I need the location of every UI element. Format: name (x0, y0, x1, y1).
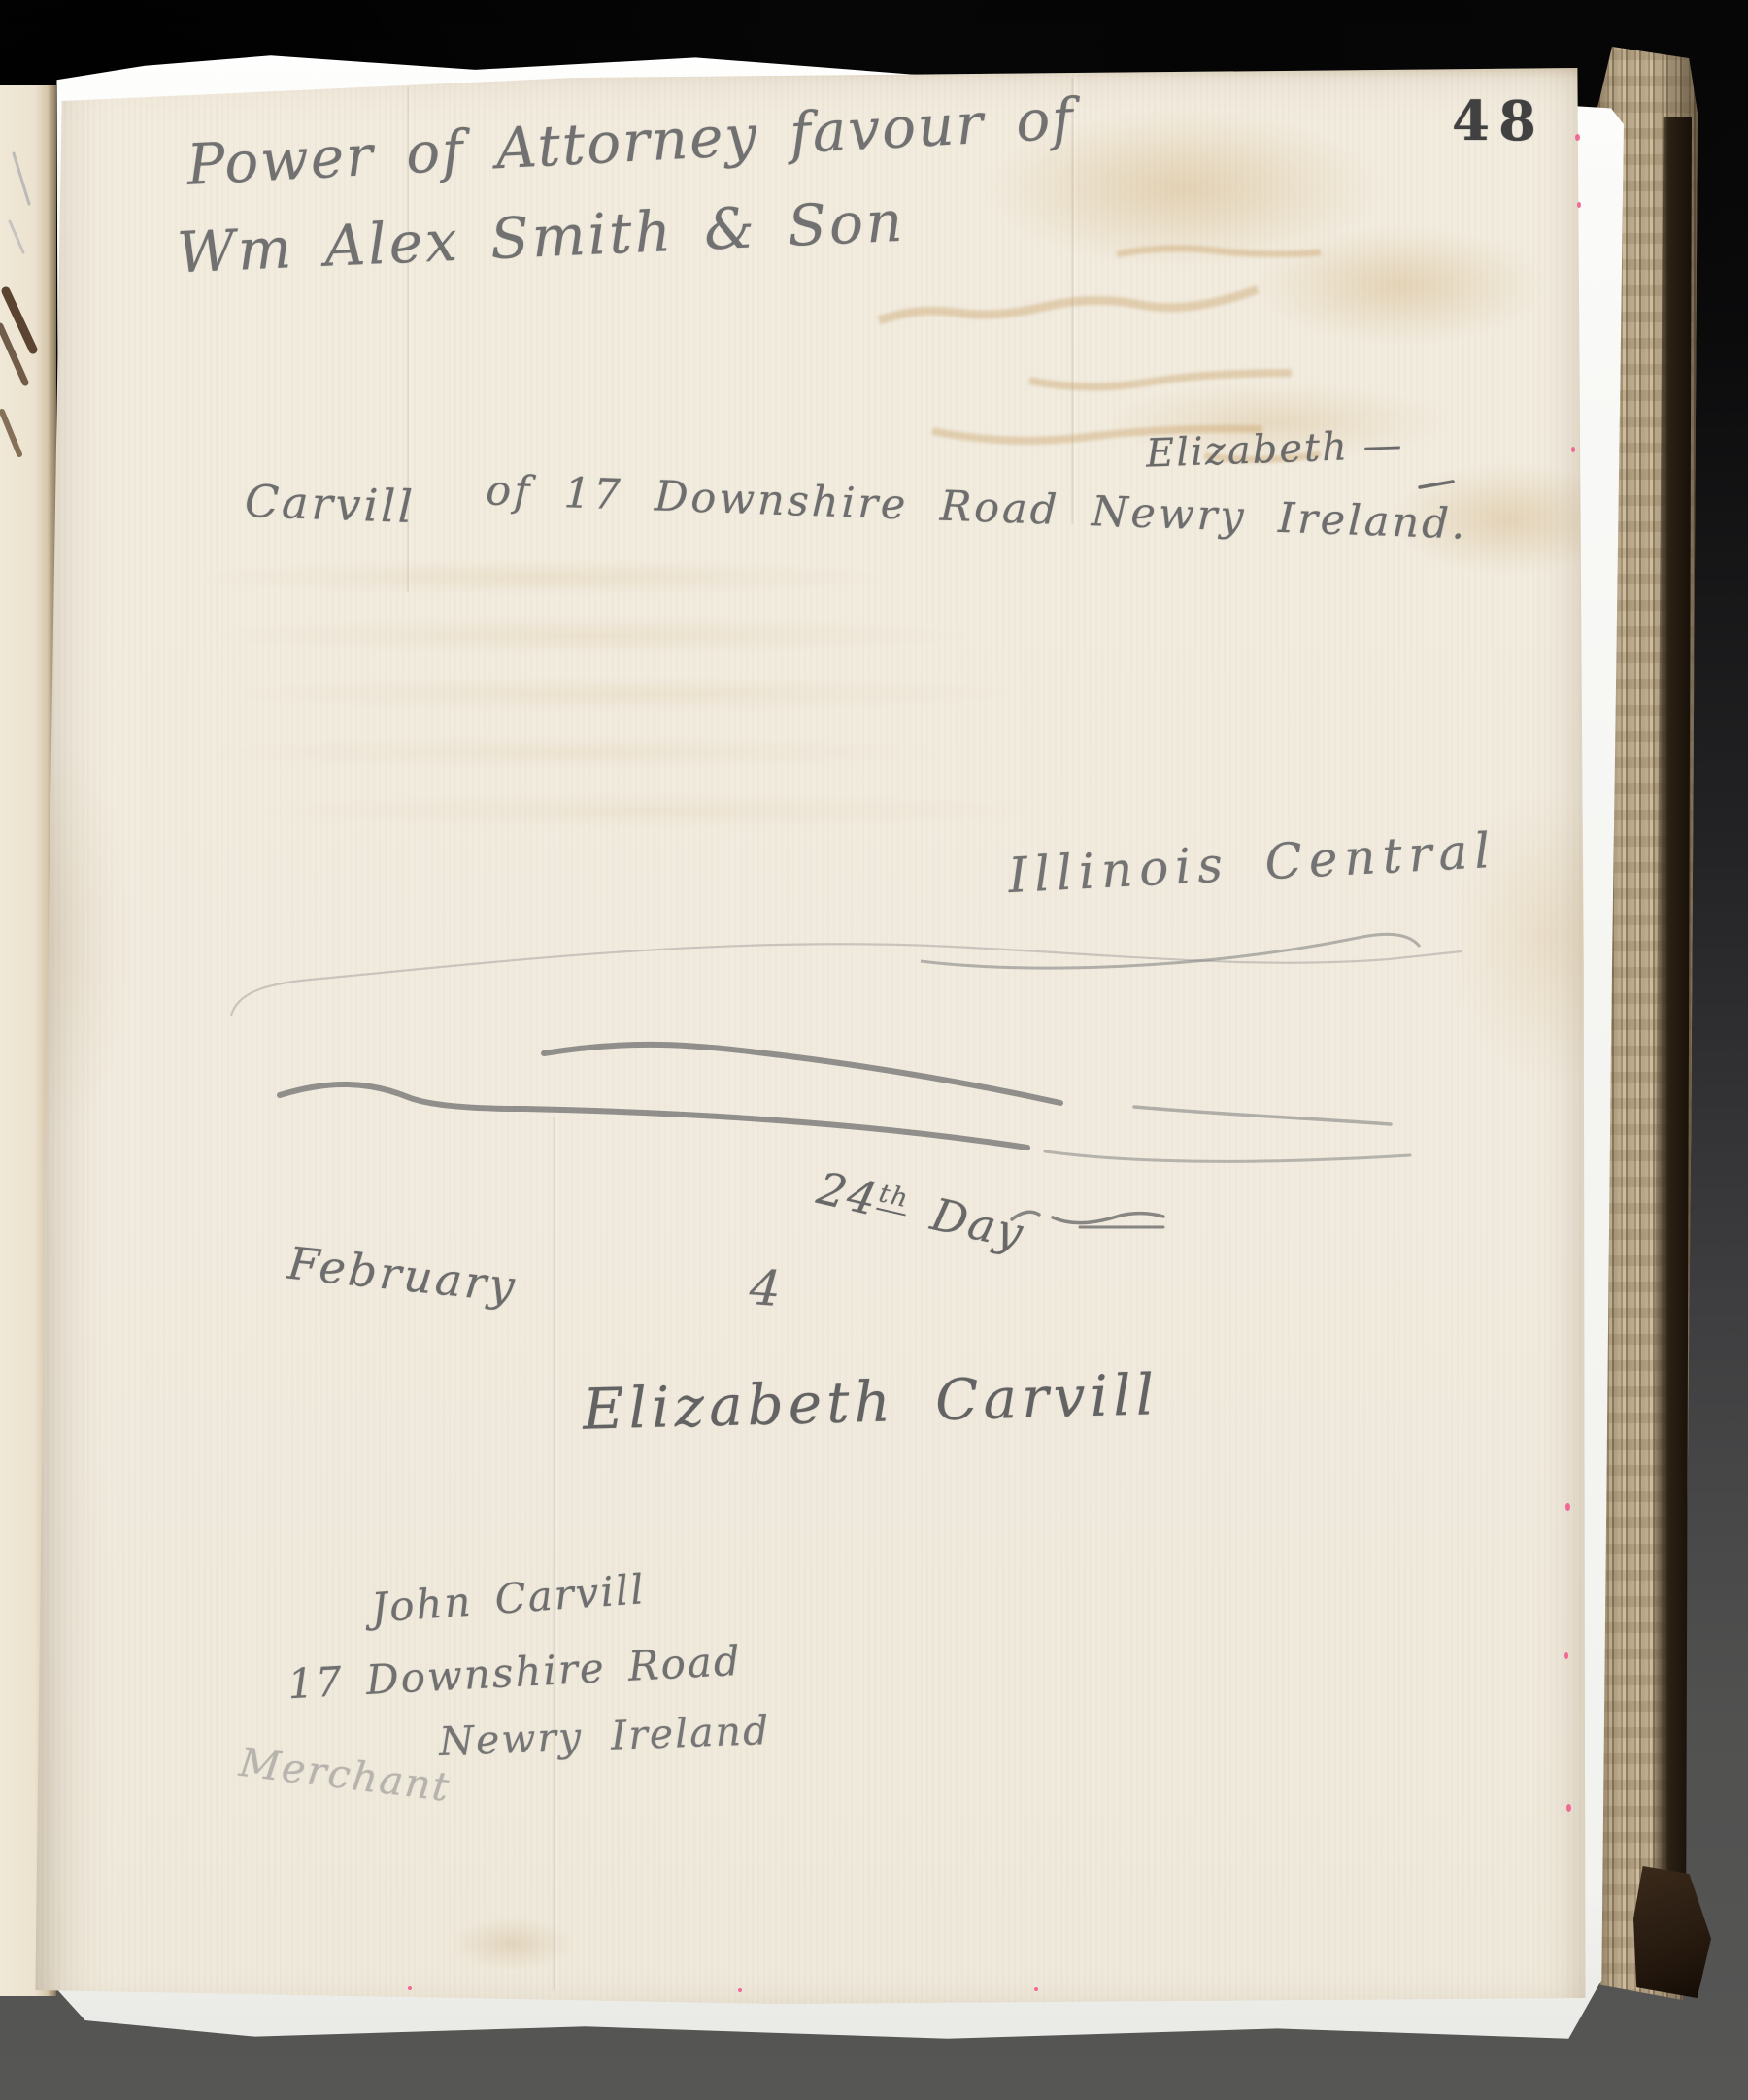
pink-mark (738, 1988, 742, 1992)
interlineation-elizabeth: Elizabeth — (1145, 422, 1404, 476)
page-number: 48 (1452, 89, 1545, 153)
pink-mark (1564, 1652, 1568, 1659)
pink-mark (1575, 134, 1580, 141)
book-cover-corner (1633, 1866, 1711, 1998)
execution-day-ordinal: th (876, 1179, 913, 1216)
manuscript-page (29, 62, 1587, 2006)
pink-mark (1577, 202, 1581, 208)
pink-mark (1566, 1804, 1571, 1812)
party-surname: Carvill (244, 475, 417, 533)
pink-mark (408, 1986, 412, 1990)
pink-mark (1034, 1987, 1038, 1991)
pink-mark (1571, 447, 1575, 452)
execution-figure: 4 (748, 1259, 783, 1317)
paper-crease (552, 1117, 558, 1990)
pink-mark (1565, 1503, 1570, 1511)
book-photo: 48 Power of Attorney favour of Wm Alex S… (0, 0, 1748, 2100)
